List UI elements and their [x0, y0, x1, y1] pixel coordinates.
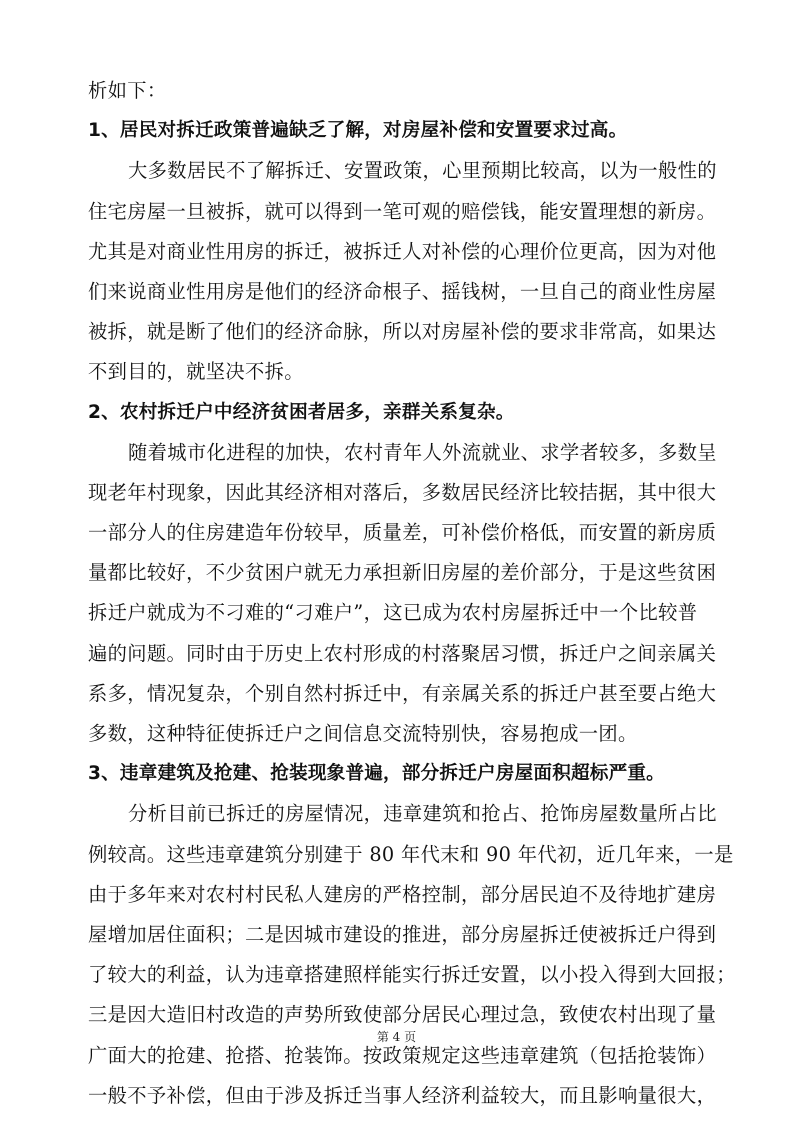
- paragraph-line: 分析目前已拆迁的房屋情况，违章建筑和抢占、抢饰房屋数量所占比: [88, 794, 708, 834]
- paragraph-line: 了较大的利益，认为违章搭建照样能实行拆迁安置，以小投入得到大回报；: [88, 955, 708, 995]
- paragraph-line: 大多数居民不了解拆迁、安置政策，心里预期比较高，以为一般性的: [88, 151, 708, 191]
- paragraph-line: 随着城市化进程的加快，农村青年人外流就业、求学者较多，多数呈: [88, 433, 708, 473]
- section-heading-2: 2、农村拆迁户中经济贫困者居多，亲群关系复杂。: [88, 393, 708, 433]
- paragraph-line: 系多，情况复杂，个别自然村拆迁中，有亲属关系的拆迁户甚至要占绝大: [88, 674, 708, 714]
- paragraph-line: 被拆，就是断了他们的经济命脉，所以对房屋补偿的要求非常高，如果达: [88, 312, 708, 352]
- section-heading-3: 3、违章建筑及抢建、抢装现象普遍，部分拆迁户房屋面积超标严重。: [88, 754, 708, 794]
- page-number: 第 4 页: [0, 1028, 793, 1045]
- paragraph-line: 例较高。这些违章建筑分别建于 80 年代末和 90 年代初，近几年来，一是: [88, 835, 708, 875]
- paragraph-line: 拆迁户就成为不刁难的“刁难户”，这已成为农村房屋拆迁中一个比较普: [88, 593, 708, 633]
- paragraph-line: 尤其是对商业性用房的拆迁，被拆迁人对补偿的心理价位更高，因为对他: [88, 232, 708, 272]
- paragraph-line: 多数，这种特征使拆迁户之间信息交流特别快，容易抱成一团。: [88, 714, 708, 754]
- paragraph-line: 屋增加居住面积；二是因城市建设的推进，部分房屋拆迁使被拆迁户得到: [88, 915, 708, 955]
- paragraph-line: 住宅房屋一旦被拆，就可以得到一笔可观的赔偿钱，能安置理想的新房。: [88, 192, 708, 232]
- section-heading-1: 1、居民对拆迁政策普遍缺乏了解，对房屋补偿和安置要求过高。: [88, 111, 708, 151]
- paragraph-line: 量都比较好，不少贫困户就无力承担新旧房屋的差价部分，于是这些贫困: [88, 553, 708, 593]
- paragraph-line: 一般不予补偿，但由于涉及拆迁当事人经济利益较大，而且影响量很大，: [88, 1076, 708, 1116]
- paragraph-line: 不到目的，就坚决不拆。: [88, 352, 708, 392]
- paragraph-line: 现老年村现象，因此其经济相对落后，多数居民经济比较拮据，其中很大: [88, 473, 708, 513]
- paragraph-line: 们来说商业性用房是他们的经济命根子、摇钱树，一旦自己的商业性房屋: [88, 272, 708, 312]
- paragraph-line: 由于多年来对农村村民私人建房的严格控制，部分居民迫不及待地扩建房: [88, 875, 708, 915]
- paragraph-line: 遍的问题。同时由于历史上农村形成的村落聚居习惯，拆迁户之间亲属关: [88, 634, 708, 674]
- document-body: 析如下： 1、居民对拆迁政策普遍缺乏了解，对房屋补偿和安置要求过高。 大多数居民…: [88, 71, 708, 1116]
- paragraph-line: 一部分人的住房建造年份较早，质量差，可补偿价格低，而安置的新房质: [88, 513, 708, 553]
- text-line: 析如下：: [88, 71, 708, 111]
